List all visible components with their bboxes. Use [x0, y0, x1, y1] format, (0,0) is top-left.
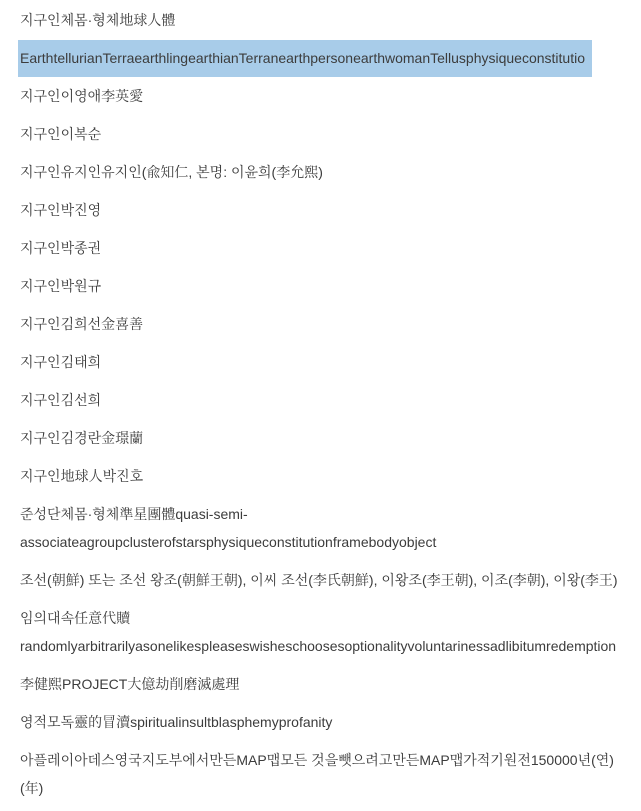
- paragraph-text: 아플레이아데스영국지도부에서만든MAP맵모든 것을뺏으려고만든MAP맵가적기원전…: [20, 746, 631, 774]
- paragraph: 지구인체몸·형체地球人體: [20, 6, 631, 34]
- paragraph-text: 지구인박원규: [20, 278, 101, 294]
- paragraph: 영적모독靈的冒瀆spiritualinsultblasphemyprofanit…: [20, 708, 631, 736]
- paragraph: 아플레이아데스영국지도부에서만든MAP맵모든 것을뺏으려고만든MAP맵가적기원전…: [20, 746, 631, 802]
- paragraph-text: 지구인地球人박진호: [20, 468, 143, 484]
- paragraph: 지구인박진영: [20, 196, 631, 224]
- selected-text[interactable]: EarthtellurianTerraearthlingearthianTerr…: [18, 40, 592, 77]
- paragraph: EarthtellurianTerraearthlingearthianTerr…: [20, 44, 631, 72]
- paragraph: 지구인박원규: [20, 272, 631, 300]
- paragraph: 임의대속任意代贖 randomlyarbitrarilyasonelikespl…: [20, 604, 631, 660]
- paragraph: 조선(朝鮮) 또는 조선 왕조(朝鮮王朝), 이씨 조선(李氏朝鮮), 이왕조(…: [20, 566, 631, 594]
- paragraph-text: 지구인박진영: [20, 202, 101, 218]
- paragraph-text: randomlyarbitrarilyasonelikespleaseswish…: [20, 632, 631, 660]
- paragraph: 지구인김경란金璟蘭: [20, 424, 631, 452]
- paragraph: 지구인이영애李英愛: [20, 82, 631, 110]
- paragraph: 지구인김태희: [20, 348, 631, 376]
- paragraph: 지구인김선희: [20, 386, 631, 414]
- document-area[interactable]: 지구인체몸·형체地球人體 EarthtellurianTerraearthlin…: [0, 0, 641, 811]
- paragraph-text: associateagroupclusterofstarsphysiquecon…: [20, 528, 631, 556]
- paragraph: 李健熙PROJECT大億劫削磨滅處理: [20, 670, 631, 698]
- paragraph-text: 지구인체몸·형체地球人體: [20, 12, 175, 28]
- paragraph: 지구인이복순: [20, 120, 631, 148]
- paragraph: 지구인地球人박진호: [20, 462, 631, 490]
- paragraph-text: 임의대속任意代贖: [20, 604, 631, 632]
- paragraph: 준성단체몸·형체準星團體quasi-semi- associateagroupc…: [20, 500, 631, 556]
- paragraph-text: 지구인유지인유지인(兪知仁, 본명: 이윤희(李允熙): [20, 164, 323, 180]
- paragraph: 지구인유지인유지인(兪知仁, 본명: 이윤희(李允熙): [20, 158, 631, 186]
- paragraph-text: 지구인이복순: [20, 126, 101, 142]
- paragraph: 지구인김희선金喜善: [20, 310, 631, 338]
- paragraph-text: 지구인이영애李英愛: [20, 88, 143, 104]
- paragraph-text: 지구인김경란金璟蘭: [20, 430, 143, 446]
- paragraph-text: (年): [20, 774, 631, 802]
- paragraph-text: 지구인김선희: [20, 392, 101, 408]
- paragraph-text: 지구인김희선金喜善: [20, 316, 143, 332]
- paragraph-text: 지구인박종권: [20, 240, 101, 256]
- paragraph-text: 李健熙PROJECT大億劫削磨滅處理: [20, 676, 239, 692]
- paragraph: 지구인박종권: [20, 234, 631, 262]
- paragraph-text: 지구인김태희: [20, 354, 101, 370]
- paragraph-text: 조선(朝鮮) 또는 조선 왕조(朝鮮王朝), 이씨 조선(李氏朝鮮), 이왕조(…: [20, 572, 618, 588]
- paragraph-text: 영적모독靈的冒瀆spiritualinsultblasphemyprofanit…: [20, 714, 332, 730]
- paragraph-text: 준성단체몸·형체準星團體quasi-semi-: [20, 500, 631, 528]
